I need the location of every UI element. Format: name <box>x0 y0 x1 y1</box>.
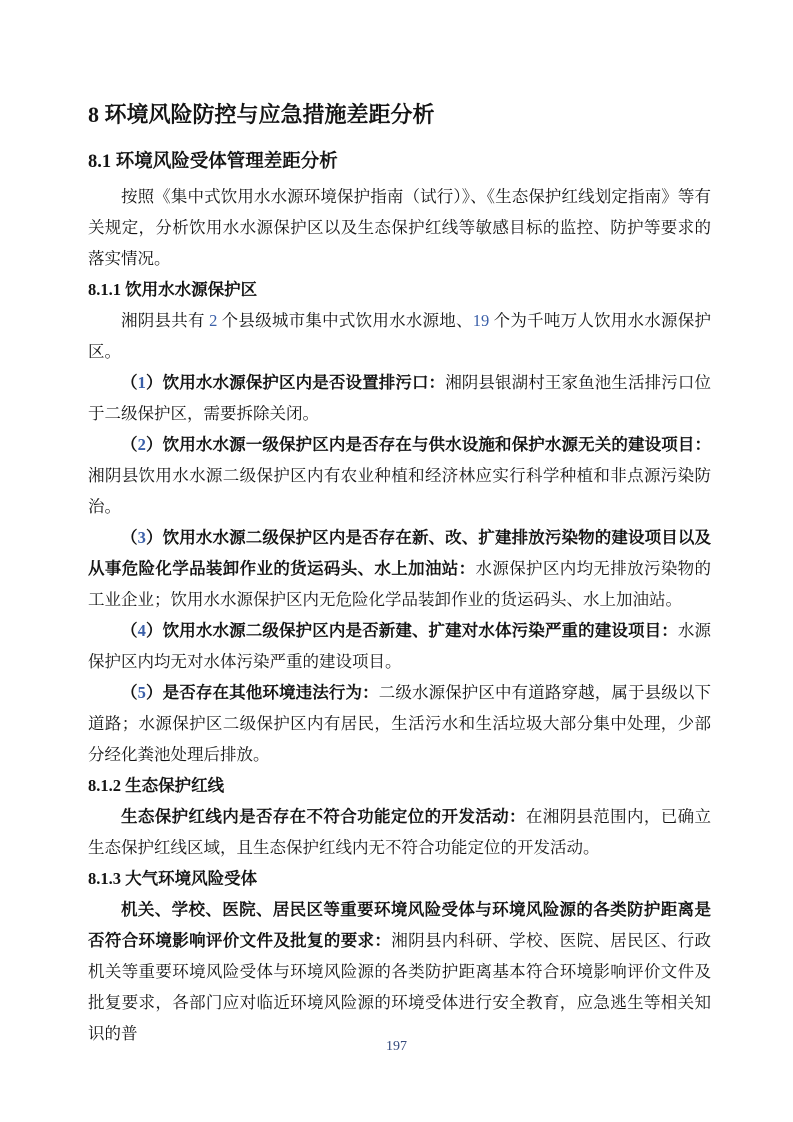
paragraph: （1）饮用水水源保护区内是否设置排污口：湘阴县银湖村王家鱼池生活排污口位于二级保… <box>88 367 711 429</box>
paragraph: （2）饮用水水源一级保护区内是否存在与供水设施和保护水源无关的建设项目：湘阴县饮… <box>88 429 711 522</box>
paragraph: （4）饮用水水源二级保护区内是否新建、扩建对水体污染严重的建设项目：水源保护区内… <box>88 615 711 677</box>
page-number: 197 <box>386 1039 407 1054</box>
text-run: 8.1.1 饮用水水源保护区 <box>88 280 257 299</box>
inline-number: 3 <box>138 528 146 547</box>
text-run: 8.1 环境风险受体管理差距分析 <box>88 152 338 172</box>
paragraph: 机关、学校、医院、居民区等重要环境风险受体与环境风险源的各类防护距离是否符合环境… <box>88 894 711 1049</box>
section-heading: 8 环境风险防控与应急措施差距分析 <box>88 99 711 130</box>
document-page: 8 环境风险防控与应急措施差距分析8.1 环境风险受体管理差距分析按照《集中式饮… <box>0 0 793 1122</box>
paragraph: 湘阴县共有 2 个县级城市集中式饮用水水源地、19 个为千吨万人饮用水水源保护区… <box>88 305 711 367</box>
section-heading: 8.1 环境风险受体管理差距分析 <box>88 148 711 176</box>
bold-run: （5）是否存在其他环境违法行为： <box>121 683 379 702</box>
bold-run: （4）饮用水水源二级保护区内是否新建、扩建对水体污染严重的建设项目： <box>121 621 678 640</box>
document-body: 8 环境风险防控与应急措施差距分析8.1 环境风险受体管理差距分析按照《集中式饮… <box>88 99 711 1049</box>
inline-number: 5 <box>138 683 146 702</box>
section-heading: 8.1.3 大气环境风险受体 <box>88 863 711 894</box>
paragraph: （5）是否存在其他环境违法行为：二级水源保护区中有道路穿越，属于县级以下道路；水… <box>88 677 711 770</box>
inline-number: 2 <box>138 435 146 454</box>
inline-number: 19 <box>473 311 490 330</box>
paragraph: 按照《集中式饮用水水源环境保护指南（试行）》、《生态保护红线划定指南》等有关规定… <box>88 181 711 274</box>
section-heading: 8.1.2 生态保护红线 <box>88 770 711 801</box>
page-footer: 197 <box>0 1037 793 1057</box>
text-run: 湘阴县共有 2 个县级城市集中式饮用水水源地、19 个为千吨万人饮用水水源保护区… <box>88 311 711 361</box>
paragraph: （3）饮用水水源二级保护区内是否存在新、改、扩建排放污染物的建设项目以及从事危险… <box>88 522 711 615</box>
inline-number: 4 <box>138 621 146 640</box>
section-heading: 8.1.1 饮用水水源保护区 <box>88 274 711 305</box>
bold-run: （1）饮用水水源保护区内是否设置排污口： <box>121 373 445 392</box>
bold-run: （2）饮用水水源一级保护区内是否存在与供水设施和保护水源无关的建设项目： <box>121 435 711 454</box>
inline-number: 1 <box>138 373 146 392</box>
text-run: 8 环境风险防控与应急措施差距分析 <box>88 102 435 127</box>
bold-run: 生态保护红线内是否存在不符合功能定位的开发活动： <box>121 807 526 826</box>
inline-number: 2 <box>209 311 217 330</box>
text-run: 按照《集中式饮用水水源环境保护指南（试行）》、《生态保护红线划定指南》等有关规定… <box>88 187 711 268</box>
text-run: 湘阴县饮用水水源二级保护区内有农业种植和经济林应实行科学种植和非点源污染防治。 <box>88 466 711 516</box>
text-run: 8.1.3 大气环境风险受体 <box>88 869 257 888</box>
paragraph: 生态保护红线内是否存在不符合功能定位的开发活动：在湘阴县范围内，已确立生态保护红… <box>88 801 711 863</box>
text-run: 8.1.2 生态保护红线 <box>88 776 224 795</box>
